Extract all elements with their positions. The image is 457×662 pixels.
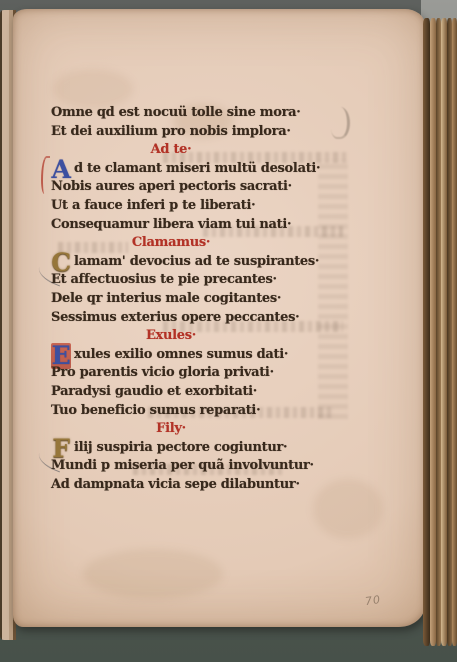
verse-line-with-initial: A d te clamant miseri multü desolati·	[51, 160, 339, 179]
verse-line-with-initial: F ilij suspiria pectore cogiuntur·	[51, 439, 339, 458]
red-pen-flourish	[41, 156, 50, 194]
verse-line: Dele qr interius male cogitantes·	[51, 290, 339, 309]
parchment-stain	[83, 549, 223, 599]
verse-line-with-initial: C lamam' devocius ad te suspirantes·	[51, 253, 339, 272]
verse-line: Sessimus exterius opere peccantes·	[51, 309, 339, 328]
verse-line: Nobis aures aperi pectoris sacrati·	[51, 178, 339, 197]
rubric-heading: Fily·	[51, 420, 291, 439]
verse-line: Et affectuosius te pie precantes·	[51, 271, 339, 290]
rubric-heading: Ad te·	[51, 141, 291, 160]
rubric-heading: Exules·	[51, 327, 291, 346]
page-edge	[452, 18, 457, 646]
verse-text: d te clamant miseri multü desolati·	[74, 161, 320, 176]
verse-line: Et dei auxilium pro nobis implora·	[51, 123, 339, 142]
verse-line: Tuo beneficio sumus reparati·	[51, 402, 339, 421]
photo-background: Omne qd est nocuü tolle sine mora· Et de…	[0, 0, 457, 662]
text-column: Omne qd est nocuü tolle sine mora· Et de…	[51, 104, 339, 494]
verse-line: Ut a fauce inferi p te liberati·	[51, 197, 339, 216]
page-edge	[423, 18, 430, 646]
verse-line: Paradysi gaudio et exorbitati·	[51, 383, 339, 402]
parchment-stain	[53, 69, 133, 109]
folio-number: 70	[364, 593, 382, 608]
verse-text: ilij suspiria pectore cogiuntur·	[74, 440, 287, 455]
verse-text: xules exilio omnes sumus dati·	[74, 347, 288, 362]
verse-line: Ad dampnata vicia sepe dilabuntur·	[51, 476, 339, 495]
verse-line: Consequamur libera viam tui nati·	[51, 216, 339, 235]
manuscript-page: Omne qd est nocuü tolle sine mora· Et de…	[13, 9, 425, 627]
rubric-heading: Clamamus·	[51, 234, 291, 253]
verse-line: Omne qd est nocuü tolle sine mora·	[51, 104, 339, 123]
book-fore-edge-stack	[423, 18, 457, 646]
verse-line: Pro parentis vicio gloria privati·	[51, 364, 339, 383]
verse-text: lamam' devocius ad te suspirantes·	[74, 254, 319, 269]
verse-line-with-initial: E xules exilio omnes sumus dati·	[51, 346, 339, 365]
verse-line: Mundi p miseria per quã involvuntur·	[51, 457, 339, 476]
